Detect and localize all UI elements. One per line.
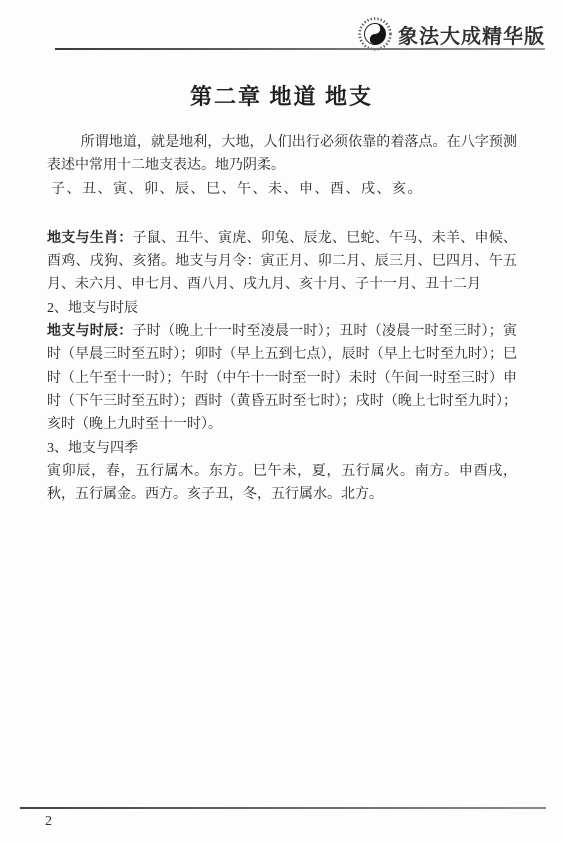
month-label: 地支与月令： [175,254,261,269]
book-page: 象法大成精华版 第二章 地道 地支 所谓地道，就是地利，大地，人们出行必须依靠的… [0,0,563,844]
shichen-label: 地支与时辰： [47,324,132,339]
zodiac-month-paragraph: 地支与生肖：子鼠、丑牛、寅虎、卯兔、辰龙、巳蛇、午马、未羊、申候、酉鸡、戌狗、亥… [47,227,517,297]
shichen-paragraph: 地支与时辰：子时（晚上十一时至凌晨一时）；丑时（凌晨一时至三时）；寅时（早晨三时… [47,320,517,436]
brand-title: 象法大成精华版 [398,20,545,49]
seasons-paragraph: 寅卯辰，春，五行属木。东方。巳午未，夏，五行属火。南方。申酉戌，秋，五行属金。西… [47,460,517,507]
section2-heading: 2、地支与时辰 [47,297,517,320]
intro-paragraph: 所谓地道，就是地利，大地，人们出行必须依靠的着落点。在八字预测表述中常用十二地支… [47,131,517,178]
chapter-title: 第二章 地道 地支 [0,80,563,111]
shichen-text: 子时（晚上十一时至凌晨一时）；丑时（凌晨一时至三时）；寅时（早晨三时至五时）；卯… [47,324,517,432]
earthly-branches-line: 子、丑、寅、卯、辰、巳、午、未、申、酉、戌、亥。 [47,178,517,201]
header-brand: 象法大成精华版 [358,17,545,51]
footer-divider [20,807,546,809]
header-divider [55,48,545,50]
section3-heading: 3、地支与四季 [47,437,517,460]
page-number: 2 [45,814,52,830]
taiji-yinyang-icon [358,17,392,51]
body-content: 所谓地道，就是地利，大地，人们出行必须依靠的着落点。在八字预测表述中常用十二地支… [47,131,517,506]
zodiac-label: 地支与生肖： [47,231,133,246]
